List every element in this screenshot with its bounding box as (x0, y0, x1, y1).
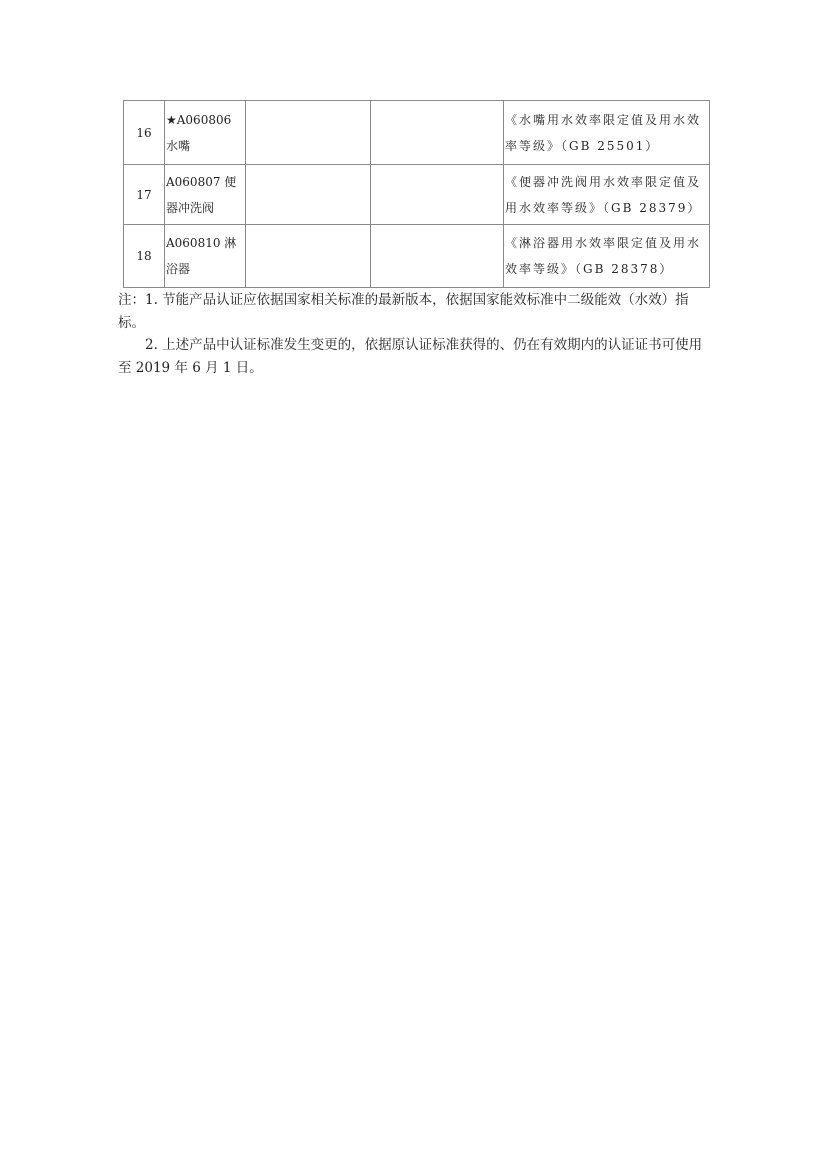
product-name: A060810 淋浴器 (165, 225, 246, 288)
note-2: 2. 上述产品中认证标准发生变更的，依据原认证标准获得的、仍在有效期内的认证证书… (118, 334, 712, 379)
certification-standards-table: 16 ★A060806 水嘴 《水嘴用水效率限定值及用水效率等级》（GB 255… (123, 100, 710, 288)
empty-cell (371, 225, 504, 288)
table-notes: 注：1. 节能产品认证应依据国家相关标准的最新版本，依据国家能效标准中二级能效（… (118, 289, 712, 379)
table-row: 18 A060810 淋浴器 《淋浴器用水效率限定值及用水效率等级》（GB 28… (124, 225, 710, 288)
empty-cell (246, 225, 371, 288)
row-number: 18 (124, 225, 165, 288)
standard-reference: 《水嘴用水效率限定值及用水效率等级》（GB 25501） (504, 101, 710, 165)
product-name: A060807 便器冲洗阀 (165, 165, 246, 225)
product-name: ★A060806 水嘴 (165, 101, 246, 165)
note-1: 注：1. 节能产品认证应依据国家相关标准的最新版本，依据国家能效标准中二级能效（… (118, 289, 712, 334)
row-number: 16 (124, 101, 165, 165)
empty-cell (246, 165, 371, 225)
standard-reference: 《淋浴器用水效率限定值及用水效率等级》（GB 28378） (504, 225, 710, 288)
table-row: 17 A060807 便器冲洗阀 《便器冲洗阀用水效率限定值及用水效率等级》（G… (124, 165, 710, 225)
empty-cell (246, 101, 371, 165)
empty-cell (371, 101, 504, 165)
row-number: 17 (124, 165, 165, 225)
table-row: 16 ★A060806 水嘴 《水嘴用水效率限定值及用水效率等级》（GB 255… (124, 101, 710, 165)
standard-reference: 《便器冲洗阀用水效率限定值及用水效率等级》（GB 28379） (504, 165, 710, 225)
empty-cell (371, 165, 504, 225)
